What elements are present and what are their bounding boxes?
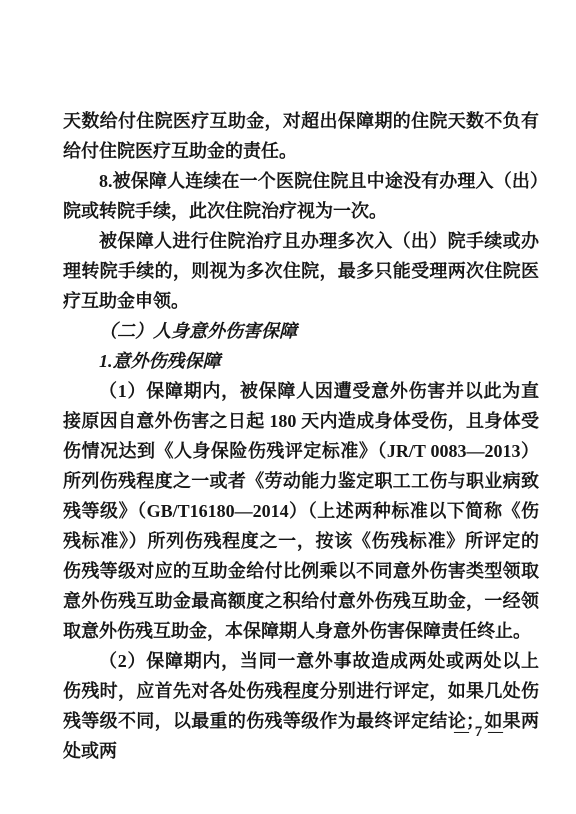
document-page: 天数给付住院医疗互助金，对超出保障期的住院天数不负有给付住院医疗互助金的责任。 …: [0, 0, 576, 814]
section-heading-accident-protection: （二）人身意外伤害保障: [63, 316, 539, 346]
page-body: 天数给付住院医疗互助金，对超出保障期的住院天数不负有给付住院医疗互助金的责任。 …: [63, 106, 539, 766]
paragraph-continuation: 天数给付住院医疗互助金，对超出保障期的住院天数不负有给付住院医疗互助金的责任。: [63, 106, 539, 166]
subsection-heading-disability-protection: 1.意外伤残保障: [63, 346, 539, 376]
paragraph-hospitalization-rule: 被保障人进行住院治疗且办理多次入（出）院手续或办理转院手续的，则视为多次住院，最…: [63, 226, 539, 316]
paragraph-clause-2: （2）保障期内，当同一意外事故造成两处或两处以上伤残时，应首先对各处伤残程度分别…: [63, 646, 539, 766]
page-number: — 7 —: [443, 722, 515, 742]
paragraph-item-8: 8.被保障人连续在一个医院住院且中途没有办理入（出）院或转院手续，此次住院治疗视…: [63, 166, 539, 226]
paragraph-clause-1: （1）保障期内，被保障人因遭受意外伤害并以此为直接原因自意外伤害之日起 180 …: [63, 376, 539, 646]
